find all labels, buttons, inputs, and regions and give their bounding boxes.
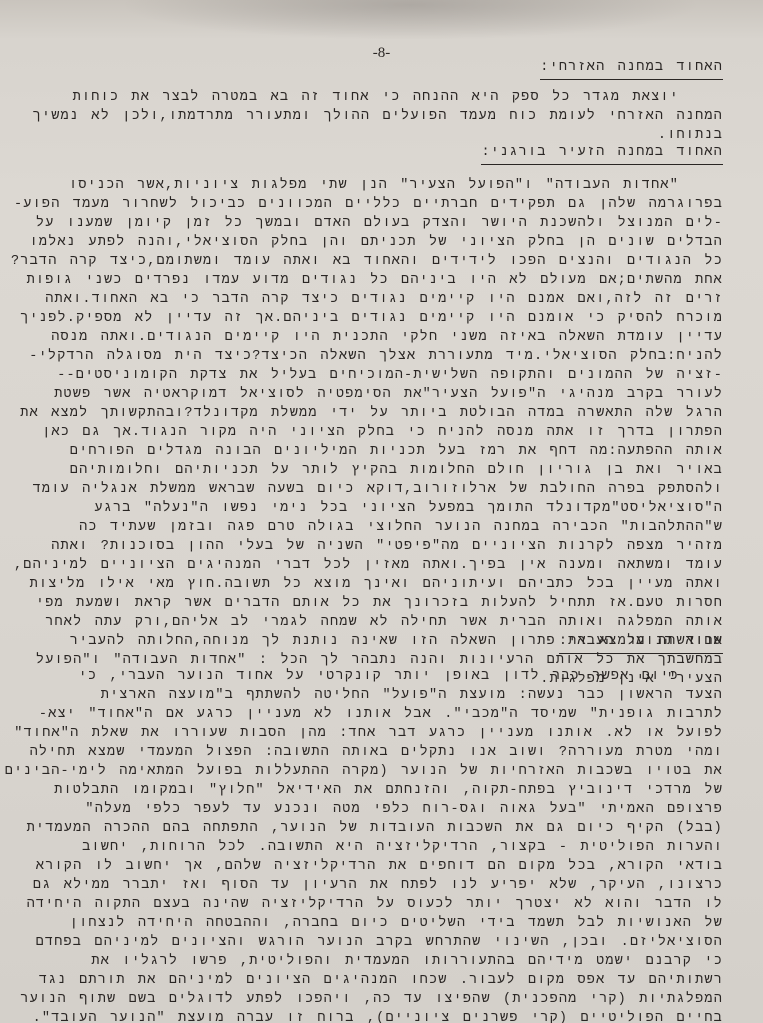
text-line: -לים המנוצל ולהשכנת היושר והצדק בעולם הא… xyxy=(43,214,723,233)
text-line: הפתרון בדרך זו אתה מנסה להניח כי בחלק הצ… xyxy=(43,423,723,442)
text-line: של מרדכי דינוביץ בפתח-תקוה, והזנחתם את ה… xyxy=(43,781,723,800)
text-line: בודאי הקורא, בכל מקום הם דוחפים את הרדיק… xyxy=(43,857,723,876)
text-line: ומהי מטרת מעוררה? ושוב אנו נתקלים באותה … xyxy=(43,743,723,762)
text-line: בחיים הפוליטיים (קרי פשרנים ציוניים), בר… xyxy=(43,1009,723,1023)
text-line: כל הנגודים והנצים הפכו לידידים והאחוד בא… xyxy=(43,252,723,271)
text-line: כיום אפשר כבר לדון באופן יותר קונקרטי על… xyxy=(43,667,723,686)
text-line: ה"סוציאליסט"מקדונלד התומך במפעל הציוני ב… xyxy=(43,499,723,518)
text-line: עומד ומשתאה ומענה אין בפיך.ואתה מאזין לכ… xyxy=(43,556,723,575)
heading-hebrew-youth: אחוד הנוער העברי: xyxy=(559,632,723,654)
text-line: -זציה של ההמונים והתקופה השלישית-המוכיחי… xyxy=(43,366,723,385)
text-line: ולהסתפק בפרה החולבת של ארלוזורוב,דוקא כי… xyxy=(43,480,723,499)
text-line: עדיין עומדת השאלה באיזה משני חלקי התכנית… xyxy=(43,328,723,347)
text-line: כרצונו, העיקר, שלא יפריע לנו לפתח את הרע… xyxy=(43,876,723,895)
paragraph-hebrew-youth: כיום אפשר כבר לדון באופן יותר קונקרטי על… xyxy=(43,667,723,1023)
text-line: מוכרח להסיק כי אומנם היו קיימים נגודים ב… xyxy=(43,309,723,328)
text-line: אחת מהשתים;אם מעולם לא היו ביניהם כל נגו… xyxy=(43,271,723,290)
text-line: לתרבות גופנית" שמיסד ה"מכבי". אבל אותנו … xyxy=(43,705,723,724)
paragraph-petty-bourgeois: "אחדות העבודה" ו"הפועל הצעיר" הנן שתי מפ… xyxy=(43,176,723,689)
text-line: חסרות טעם.אז תתחיל להעלות בזכרונך את כל … xyxy=(43,594,723,613)
heading-petty-bourgeois: האחוד במחנה הזעיר בורגני: xyxy=(481,143,723,165)
text-line: הרגל שלה התאשרה במדה הבולטת ביותר על ידי… xyxy=(43,404,723,423)
text-line: הבדלים שונים הן בחלק הציוני של תכניתם וה… xyxy=(43,233,723,252)
text-line: אותה המפלגה ואותה הברית אשר תחילה לא שמח… xyxy=(43,613,723,632)
text-line: אותה ההפתעה:מה דחף את רמז בעל תכניות המי… xyxy=(43,442,723,461)
text-line: יוצאת מגדר כל ספק היא ההנחה כי אחוד זה ב… xyxy=(43,88,723,107)
text-line: את בטויו בשכבות האזרחיות של הנוער (מקרה … xyxy=(43,762,723,781)
text-line: ואתה מעיין בכל כתביהם ועיתוניהם ואינך מו… xyxy=(43,575,723,594)
text-line: זרים זה לזה,ואם אמנם היו קיימים נגודים כ… xyxy=(43,290,723,309)
text-line: (בבל) הקיף כיום גם את השכבות העובדות של … xyxy=(43,819,723,838)
text-line: המחנה האזרחי לעומת כוח מעמד הפועלים ההול… xyxy=(43,107,723,126)
text-line: של האנושיות לבל תשמד בידי השליטים כיום ב… xyxy=(43,914,723,933)
text-line: הסוציאליזם. ובכן, השינוי שהתרחש בקרב הנו… xyxy=(43,933,723,952)
text-line: רשתותיהם עד אפס מקום לעבור. שכחו המנהיגי… xyxy=(43,971,723,990)
text-line: לפועל או לא. אותנו מעניין כרגע דבר אחד: … xyxy=(43,724,723,743)
text-line: לעורר בקרב מנהיגי ה"פועל הצעיר"את הסימפט… xyxy=(43,385,723,404)
paragraph-civil-camp: יוצאת מגדר כל ספק היא ההנחה כי אחוד זה ב… xyxy=(43,88,723,145)
text-line: כי קרבנם ישמט מידיהם בהתעוררותו המעמדית … xyxy=(43,952,723,971)
text-line: לו הדבר והוא לא יצטרך יותר לכעוס על הרדי… xyxy=(43,895,723,914)
text-line: המפלגתיות (קרי מהפכנית) שהפיצו עד כה, וי… xyxy=(43,990,723,1009)
text-line: "אחדות העבודה" ו"הפועל הצעיר" הנן שתי מפ… xyxy=(43,176,723,195)
text-line: פרצופם האמיתי "בעל גאוה וגס-רוח כלפי מטה… xyxy=(43,800,723,819)
text-line: והערות הפוליטית - בקצור, הרדיקליזציה היא… xyxy=(43,838,723,857)
text-line: בפרוגרמה שלהן גם תפקידים חברתיים כלליים … xyxy=(43,195,723,214)
text-line: הצעד הראשון כבר נעשה: מועצת ה"פועל" החלי… xyxy=(43,686,723,705)
text-line: להניח:בחלק הסוציאלי.מיד מתעוררת אצלך השא… xyxy=(43,347,723,366)
text-line: באויר ואת בן גוריון חולם החלומות בהקיץ ל… xyxy=(43,461,723,480)
text-line: ש"ההתלהבות" הכבירה במחנה הנוער החלוצי בג… xyxy=(43,518,723,537)
document-page: -8- האחוד במחנה האזרחי: יוצאת מגדר כל ספ… xyxy=(0,0,763,1023)
heading-civil-camp: האחוד במחנה האזרחי: xyxy=(540,58,723,80)
text-line: מזהיר מצפה לקרנות הציוניים מה"פיפטי" השנ… xyxy=(43,537,723,556)
